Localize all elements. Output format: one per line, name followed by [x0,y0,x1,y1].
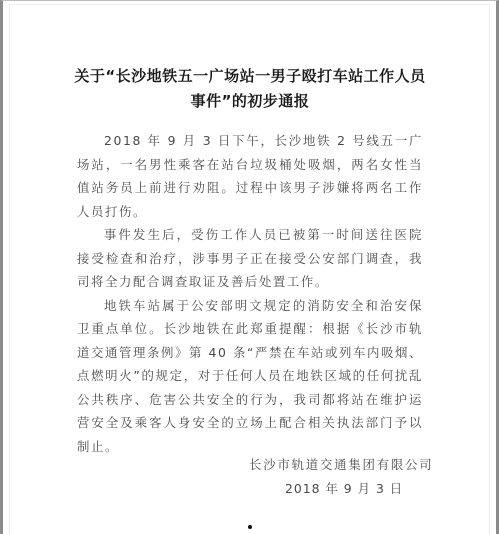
paragraph-regulation: 地铁车站属于公安部明文规定的消防安全和治安保卫重点单位。长沙地铁在此郑重提醒：根… [77,294,423,459]
document-body: 2018 年 9 月 3 日下午，长沙地铁 2 号线五一广场站，一名男性乘客在站… [77,129,423,458]
document-title-line-2: 事件”的初步通报 [70,90,430,111]
paragraph-incident: 2018 年 9 月 3 日下午，长沙地铁 2 号线五一广场站，一名男性乘客在站… [77,129,423,223]
page-dot-mark [248,525,252,529]
paragraph-response: 事件发生后，受伤工作人员已被第一时间送往医院接受检查和治疗，涉事男子正在接受公安… [77,223,423,294]
document-title-line-1: 关于“长沙地铁五一广场站一男子殴打车站工作人员 [70,65,430,86]
signature-organization: 长沙市轨道交通集团有限公司 [249,455,433,473]
signature-date: 2018 年 9 月 3 日 [285,479,403,497]
